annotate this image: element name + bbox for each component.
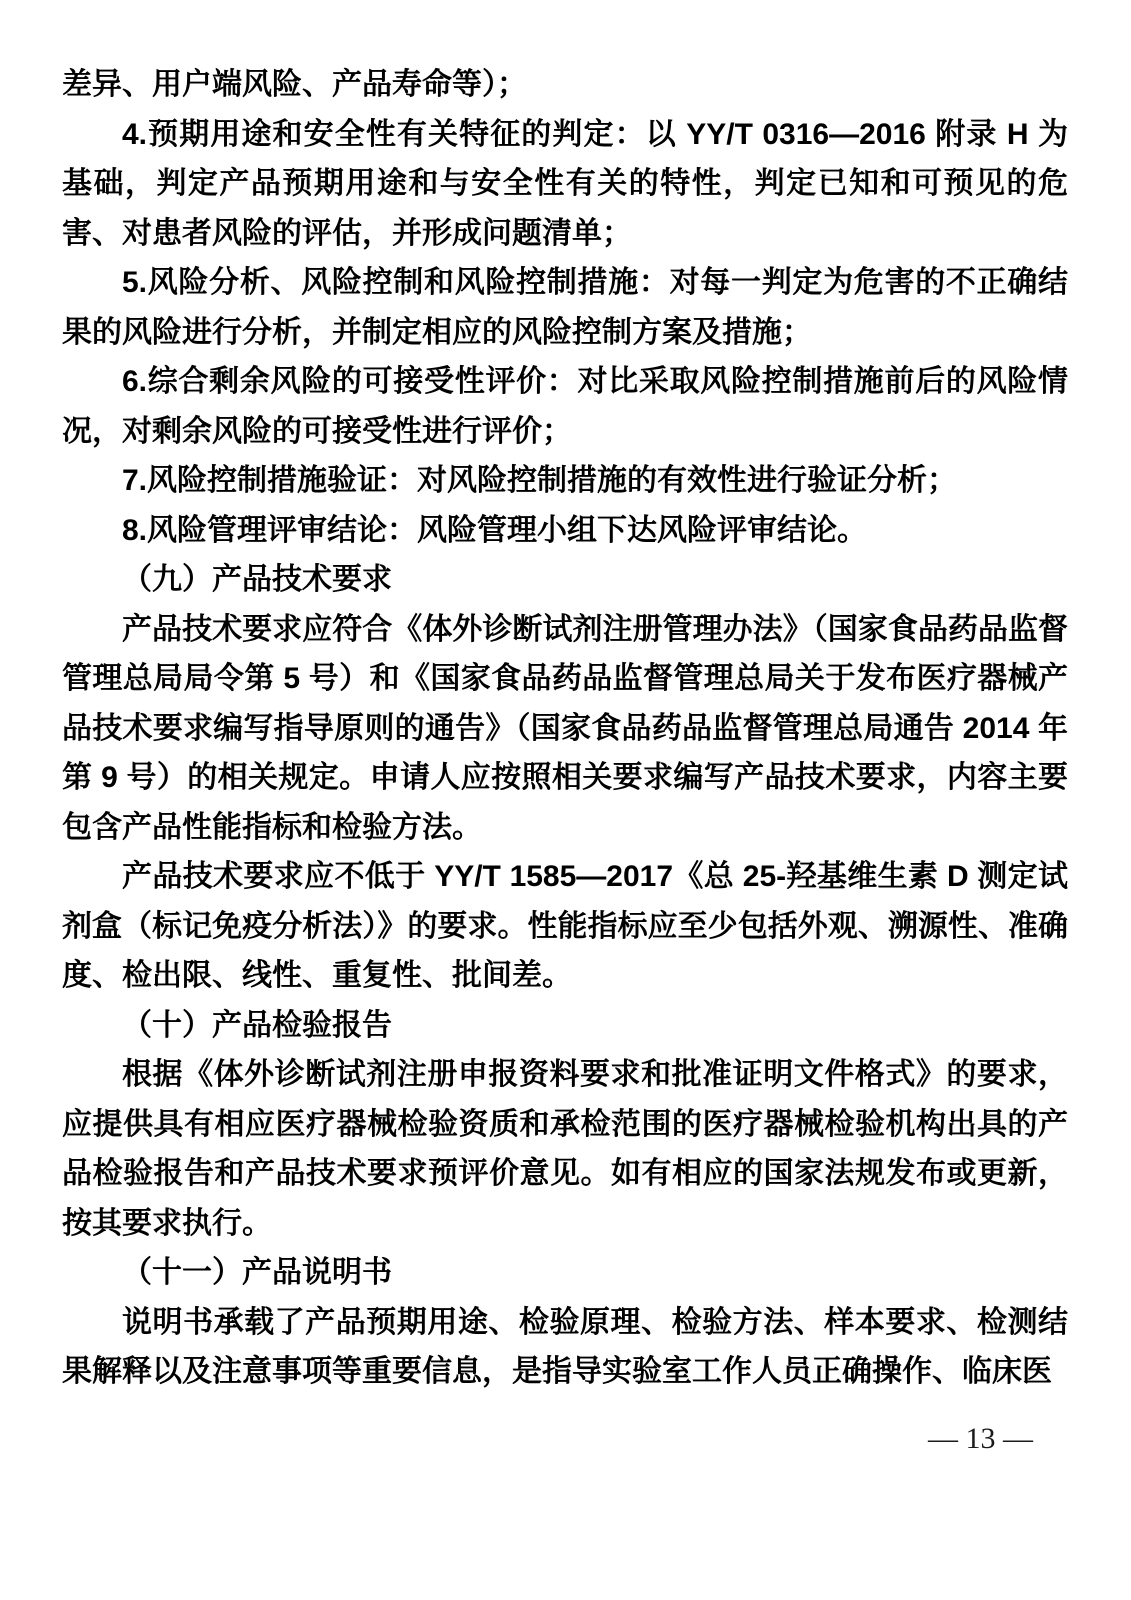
page-number: — 13 — [928,1422,1033,1455]
para-item-8: 8.风险管理评审结论：风险管理小组下达风险评审结论。 [62,506,1068,556]
para-item-4: 4.预期用途和安全性有关特征的判定：以 YY/T 0316—2016 附录 H … [62,110,1068,259]
para-item-6: 6.综合剩余风险的可接受性评价：对比采取风险控制措施前后的风险情况，对剩余风险的… [62,357,1068,456]
para-tech-requirements-1: 产品技术要求应符合《体外诊断试剂注册管理办法》（国家食品药品监督管理总局局令第 … [62,605,1068,853]
heading-section-9: （九）产品技术要求 [62,555,1068,605]
page-footer: — 13 — [928,1422,1033,1456]
para-item-5: 5.风险分析、风险控制和风险控制措施：对每一判定为危害的不正确结果的风险进行分析… [62,258,1068,357]
para-inspection-report: 根据《体外诊断试剂注册申报资料要求和批准证明文件格式》的要求，应提供具有相应医疗… [62,1050,1068,1248]
document-page: 差异、用户端风险、产品寿命等）； 4.预期用途和安全性有关特征的判定：以 YY/… [0,0,1131,1600]
para-item-7: 7.风险控制措施验证：对风险控制措施的有效性进行验证分析； [62,456,1068,506]
heading-section-11: （十一）产品说明书 [62,1248,1068,1298]
para-continuation: 差异、用户端风险、产品寿命等）； [62,60,1068,110]
para-tech-requirements-2: 产品技术要求应不低于 YY/T 1585—2017《总 25-羟基维生素 D 测… [62,852,1068,1001]
para-manual: 说明书承载了产品预期用途、检验原理、检验方法、样本要求、检测结果解释以及注意事项… [62,1298,1068,1397]
document-body: 差异、用户端风险、产品寿命等）； 4.预期用途和安全性有关特征的判定：以 YY/… [62,60,1068,1397]
heading-section-10: （十）产品检验报告 [62,1001,1068,1051]
